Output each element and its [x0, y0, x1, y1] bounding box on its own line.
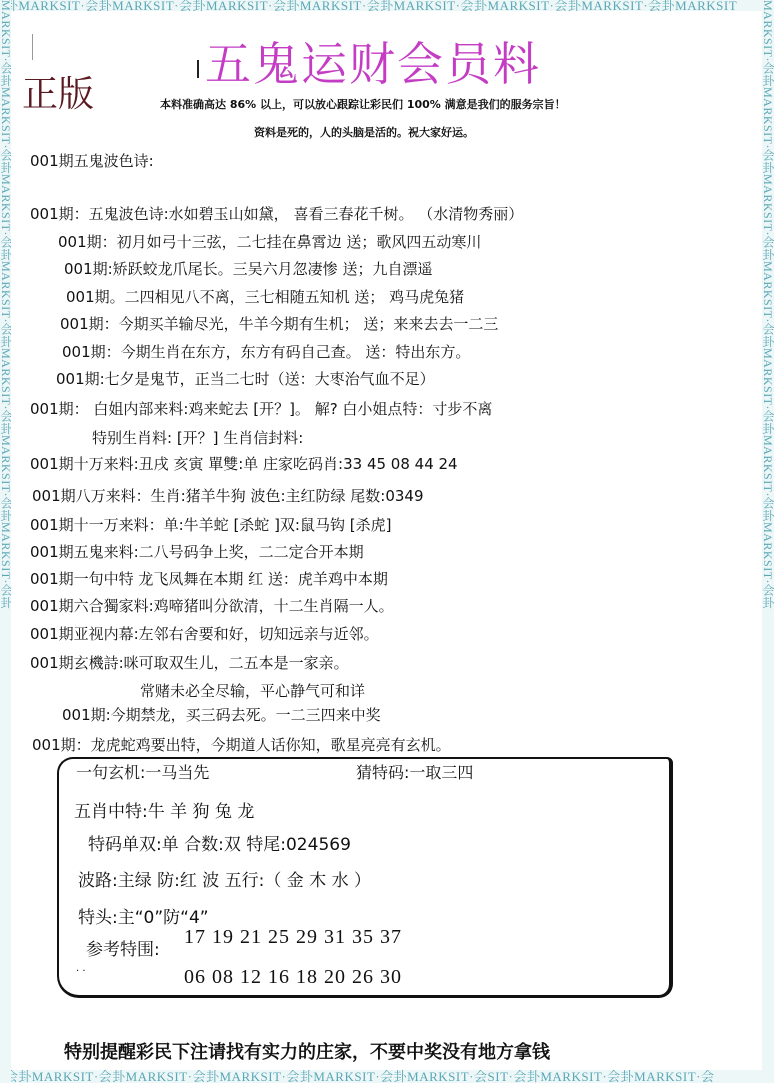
subtitle-good-luck: 资料是死的，人的头脑是活的。祝大家好运。 — [254, 124, 474, 140]
list-item: 001期：五鬼波色诗:水如碧玉山如黛， 喜看三春花千树。 （水清物秀丽） — [30, 203, 523, 224]
list-item: 001期。二四相见八不离，三七相随五知机 送； 鸡马虎兔猪 — [66, 286, 464, 307]
box-odd-even: 特码单双:单 合数:双 特尾:024569 — [88, 830, 351, 855]
box-range-label: 参考特围: — [86, 935, 160, 960]
list-item: 001期：今期买羊输尽光，牛羊今期有生机； 送；来来去去一二三 — [60, 313, 498, 334]
list-item: 001期：今期生肖在东方，东方有码自己查。 送：特出东方。 — [62, 341, 470, 362]
list-item: 001期十一万来料：单:牛羊蛇 [杀蛇 ]双:鼠马钩 [杀虎] — [30, 514, 391, 535]
text-cursor-mark — [32, 34, 33, 60]
watermark-bottom: ·会卦MARKSIT·会卦MARKSIT·会卦MARKSIT·会卦MARKSIT… — [0, 1070, 774, 1083]
box-hint-phrase: 一句玄机:一马当先 — [76, 760, 209, 783]
watermark-left: MARKSIT·会卦MARKSIT·会卦MARKSIT·会卦MARKSIT·会卦… — [0, 0, 11, 1083]
page-title: 五鬼运财会员料 — [205, 28, 541, 94]
list-item: 001期： 白姐内部来料:鸡来蛇去 [开？]。 解? 白小姐点特：寸步不离 — [30, 398, 492, 419]
list-item: 001期:七夕是鬼节，正当二七时（送：大枣治气血不足） — [56, 368, 435, 389]
subtitle-accuracy: 本料准确高达 86% 以上，可以放心跟踪让彩民们 100% 满意是我们的服务宗旨… — [160, 96, 566, 112]
box-dots: · · — [76, 966, 86, 977]
list-item: 001期六合獨家料:鸡啼猪叫分欲清，十二生肖隔一人。 — [30, 595, 394, 616]
list-item: 001期:今期禁龙，买三码去死。一二三四来中奖 — [62, 704, 381, 725]
watermark-left-text: MARKSIT·会卦MARKSIT·会卦MARKSIT·会卦MARKSIT·会卦… — [0, 0, 11, 609]
box-five-zodiac: 五肖中特:牛 羊 狗 兔 龙 — [74, 797, 254, 822]
box-head-digit: 特头:主“0”防“4” — [78, 903, 209, 928]
list-item: 001期亚视内幕:左邻右舍要和好，切知远亲与近邻。 — [30, 623, 379, 644]
box-range-numbers-2: 06 08 12 16 18 20 26 30 — [184, 966, 402, 989]
list-item: 常赌未必全尽输，平心静气可和详 — [140, 680, 365, 701]
list-item: 001期:矫跃蛟龙爪尾长。三吴六月忽凄惨 送；九自漂遥 — [64, 258, 432, 279]
genuine-badge: 正版 — [22, 66, 94, 117]
poem-heading: 001期五鬼波色诗: — [30, 150, 154, 171]
title-cursor-mark — [197, 60, 199, 78]
list-item: 001期八万来料：生肖:猪羊牛狗 波色:主红防绿 尾数:0349 — [32, 485, 424, 506]
footer-warning: 特别提醒彩民下注请找有实力的庄家，不要中奖没有地方拿钱 — [64, 1038, 550, 1064]
list-item: 001期玄機詩:咪可取双生儿，二五本是一家亲。 — [30, 652, 349, 673]
list-item: 特别生肖料: [开？] 生肖信封料: — [92, 427, 303, 448]
box-wave-elements: 波路:主绿 防:红 波 五行:（ 金 木 水 ） — [78, 866, 371, 891]
watermark-top: ·卦MARKSIT·会卦MARKSIT·会卦MARKSIT·会卦MARKSIT·… — [0, 0, 774, 11]
list-item: 001期五鬼来料:二八号码争上奖，二二定合开本期 — [30, 541, 364, 562]
list-item: 001期：龙虎蛇鸡要出特，今期道人话你知，歌星亮亮有玄机。 — [32, 734, 451, 755]
watermark-right: MARKSIT·会卦MARKSIT·会卦MARKSIT·会卦MARKSIT·会卦… — [762, 0, 774, 1083]
list-item: 001期：初月如弓十三弦，二七挂在鼻霄边 送；歌风四五动寒川 — [58, 231, 481, 252]
box-range-numbers-1: 17 19 21 25 29 31 35 37 — [184, 926, 402, 949]
watermark-right-text: MARKSIT·会卦MARKSIT·会卦MARKSIT·会卦MARKSIT·会卦… — [762, 0, 773, 609]
list-item: 001期一句中特 龙飞凤舞在本期 红 送：虎羊鸡中本期 — [30, 568, 388, 589]
box-guess-code: 猜特码:一取三四 — [356, 760, 473, 783]
list-item: 001期十万来料:丑戌 亥寅 單雙:单 庄家吃码肖:33 45 08 44 24 — [30, 453, 458, 474]
